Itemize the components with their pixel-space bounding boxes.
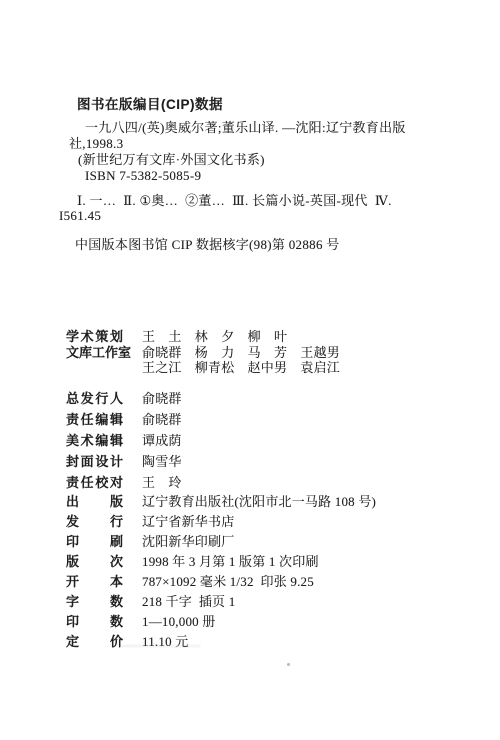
row-value: 沈阳新华印刷厂 <box>142 531 234 550</box>
row-label: 总发行人 <box>66 388 123 407</box>
row-value: 1—10,000 册 <box>142 611 216 630</box>
row-label: 定价 <box>66 631 123 650</box>
row-label: 出版 <box>66 491 123 510</box>
row-value: 谭成荫 <box>142 430 182 449</box>
copyright-page: 图书在版编目(CIP)数据 一九八四/(英)奥威尔著;董乐山译. —沈阳:辽宁教… <box>0 0 500 740</box>
row-value: 俞晓群 <box>142 409 182 428</box>
row-print-run: 印数 1—10,000 册 <box>66 611 216 630</box>
cip-title-line: 一九八四/(英)奥威尔著;董乐山译. —沈阳:辽宁教育出版 <box>85 120 406 135</box>
row-publisher: 出版 辽宁教育出版社(沈阳市北一马路 108 号) <box>66 491 376 510</box>
row-word-count: 字数 218 千字 插页 1 <box>66 591 235 610</box>
row-value: 787×1092 毫米 1/32 印张 9.25 <box>142 571 314 590</box>
row-value: 辽宁教育出版社(沈阳市北一马路 108 号) <box>142 491 376 510</box>
row-distributor: 发行 辽宁省新华书店 <box>66 511 234 530</box>
row-value: 11.10 元 <box>142 631 188 650</box>
row-value: 1998 年 3 月第 1 版第 1 次印刷 <box>142 551 319 570</box>
row-cover-design: 封面设计 陶雪华 <box>66 451 182 470</box>
cip-heading: 图书在版编目(CIP)数据 <box>77 93 223 113</box>
row-label: 发行 <box>66 511 123 530</box>
row-label: 印刷 <box>66 531 123 550</box>
row-general-publisher: 总发行人 俞晓群 <box>66 388 182 407</box>
row-proofreader: 责任校对 王 玲 <box>66 472 182 491</box>
row-art-editor: 美术编辑 谭成荫 <box>66 430 182 449</box>
row-label: 字数 <box>66 591 123 610</box>
row-value: 218 千字 插页 1 <box>142 591 235 610</box>
row-label: 开本 <box>66 571 123 590</box>
row-label: 责任编辑 <box>66 409 123 428</box>
row-value: 王 玲 <box>142 472 182 491</box>
row-label: 美术编辑 <box>66 430 123 449</box>
row-responsible-editor: 责任编辑 俞晓群 <box>66 409 182 428</box>
cip-isbn-line: ISBN 7-5382-5085-9 <box>85 168 201 183</box>
row-value: 王之江 柳青松 赵中男 袁启江 <box>142 357 340 376</box>
row-label: 版次 <box>66 551 123 570</box>
row-edition: 版次 1998 年 3 月第 1 版第 1 次印刷 <box>66 551 319 570</box>
row-label: 责任校对 <box>66 472 123 491</box>
row-value: 俞晓群 <box>142 388 182 407</box>
row-value: 辽宁省新华书店 <box>142 511 234 530</box>
row-library-studio-cont: 王之江 柳青松 赵中男 袁启江 <box>66 357 340 376</box>
row-value: 陶雪华 <box>142 451 182 470</box>
cip-classification-line: Ⅰ. 一… Ⅱ. ①奥… ②董… Ⅲ. 长篇小说-英国-现代 Ⅳ. <box>77 193 392 208</box>
cip-record-number: 中国版本图书馆 CIP 数据核字(98)第 02886 号 <box>75 237 340 252</box>
row-label: 封面设计 <box>66 451 123 470</box>
row-label: 印数 <box>66 611 123 630</box>
cip-series-line: (新世纪万有文库·外国文化书系) <box>78 152 265 167</box>
row-printer: 印刷 沈阳新华印刷厂 <box>66 531 234 550</box>
cip-title-line-cont: 社,1998.3 <box>69 136 123 151</box>
scan-speck <box>287 663 290 666</box>
row-format: 开本 787×1092 毫米 1/32 印张 9.25 <box>66 571 314 590</box>
cip-class-number: I561.45 <box>59 208 101 223</box>
row-price: 定价 11.10 元 <box>66 631 188 650</box>
scan-smudge <box>120 645 200 647</box>
